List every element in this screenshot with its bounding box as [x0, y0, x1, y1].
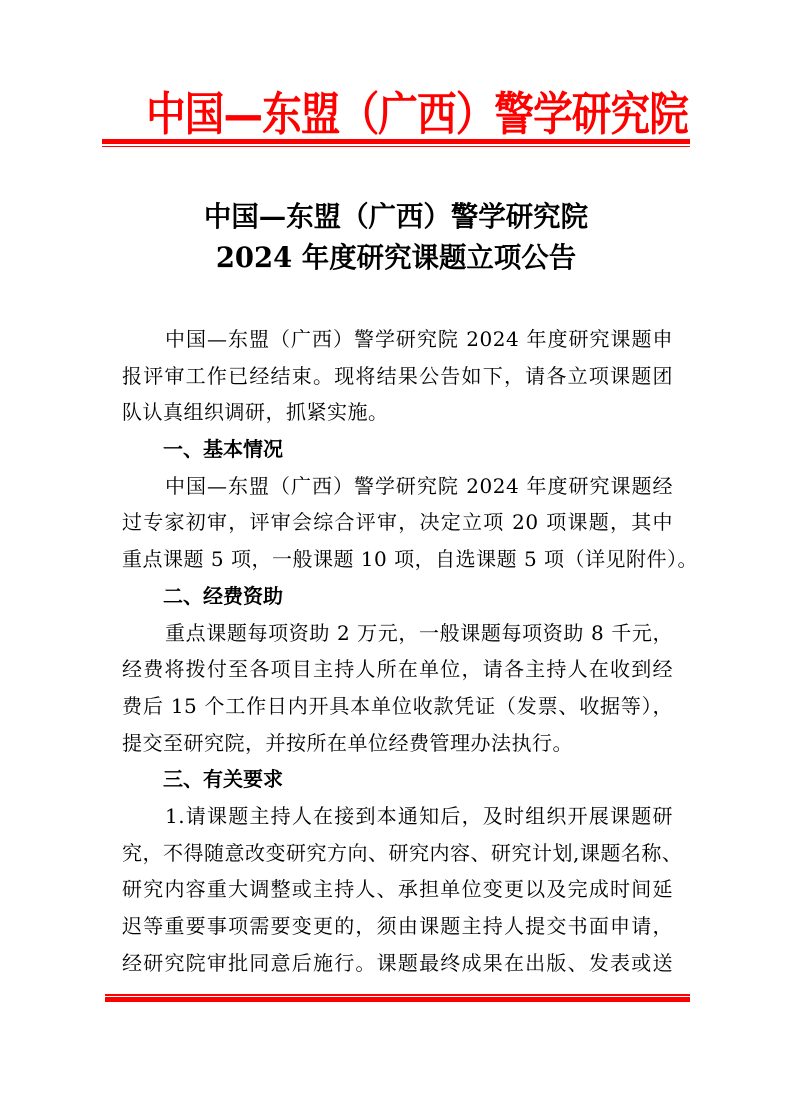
- title-line-2: 2024 年度研究课题立项公告: [108, 237, 684, 278]
- masthead-rule-thin: [102, 146, 690, 148]
- section-heading-basic-info: 一、基本情况: [122, 431, 673, 468]
- footer-rule-thick: [105, 997, 690, 1002]
- text-line: 经研究院审批同意后施行。课题最终成果在出版、发表或送: [122, 945, 673, 982]
- text-line: 1.请课题主持人在接到本通知后，及时组织开展课题研: [122, 798, 673, 835]
- document-body: 中国—东盟（广西）警学研究院 2024 年度研究课题申 报评审工作已经结束。现将…: [122, 321, 673, 981]
- text-line: 究，不得随意改变研究方向、研究内容、研究计划,课题名称、: [122, 835, 673, 872]
- text-line: 提交至研究院，并按所在单位经费管理办法执行。: [122, 725, 673, 762]
- section-paragraph-requirements: 1.请课题主持人在接到本通知后，及时组织开展课题研 究，不得随意改变研究方向、研…: [122, 798, 673, 981]
- text-line: 中国—东盟（广西）警学研究院 2024 年度研究课题申: [122, 321, 673, 358]
- masthead: 中国—东盟（广西）警学研究院: [102, 86, 690, 142]
- masthead-title: 中国—东盟（广西）警学研究院: [146, 86, 688, 142]
- text-line: 中国—东盟（广西）警学研究院 2024 年度研究课题经: [122, 468, 673, 505]
- text-line: 研究内容重大调整或主持人、承担单位变更以及完成时间延: [122, 871, 673, 908]
- text-line: 迟等重要事项需要变更的，须由课题主持人提交书面申请，: [122, 908, 673, 945]
- text-line: 费后 15 个工作日内开具本单位收款凭证（发票、收据等），: [122, 688, 673, 725]
- text-line: 过专家初审，评审会综合评审，决定立项 20 项课题，其中: [122, 504, 673, 541]
- masthead-rule-thick: [102, 139, 690, 144]
- document-page: 中国—东盟（广西）警学研究院 中国—东盟（广西）警学研究院 2024 年度研究课…: [0, 0, 794, 1108]
- section-paragraph-funding: 重点课题每项资助 2 万元，一般课题每项资助 8 千元， 经费将拨付至各项目主持…: [122, 615, 673, 762]
- section-heading-requirements: 三、有关要求: [122, 761, 673, 798]
- section-paragraph-basic-info: 中国—东盟（广西）警学研究院 2024 年度研究课题经 过专家初审，评审会综合评…: [122, 468, 673, 578]
- text-line: 报评审工作已经结束。现将结果公告如下，请各立项课题团: [122, 358, 673, 395]
- text-line: 经费将拨付至各项目主持人所在单位，请各主持人在收到经: [122, 651, 673, 688]
- footer-rule-thin: [105, 994, 690, 996]
- text-line: 队认真组织调研，抓紧实施。: [122, 394, 673, 431]
- document-title: 中国—东盟（广西）警学研究院 2024 年度研究课题立项公告: [102, 196, 690, 278]
- title-line-1: 中国—东盟（广西）警学研究院: [108, 196, 684, 237]
- text-line: 重点课题 5 项，一般课题 10 项，自选课题 5 项（详见附件）。: [122, 541, 673, 578]
- section-heading-funding: 二、经费资助: [122, 578, 673, 615]
- intro-paragraph: 中国—东盟（广西）警学研究院 2024 年度研究课题申 报评审工作已经结束。现将…: [122, 321, 673, 431]
- text-line: 重点课题每项资助 2 万元，一般课题每项资助 8 千元，: [122, 615, 673, 652]
